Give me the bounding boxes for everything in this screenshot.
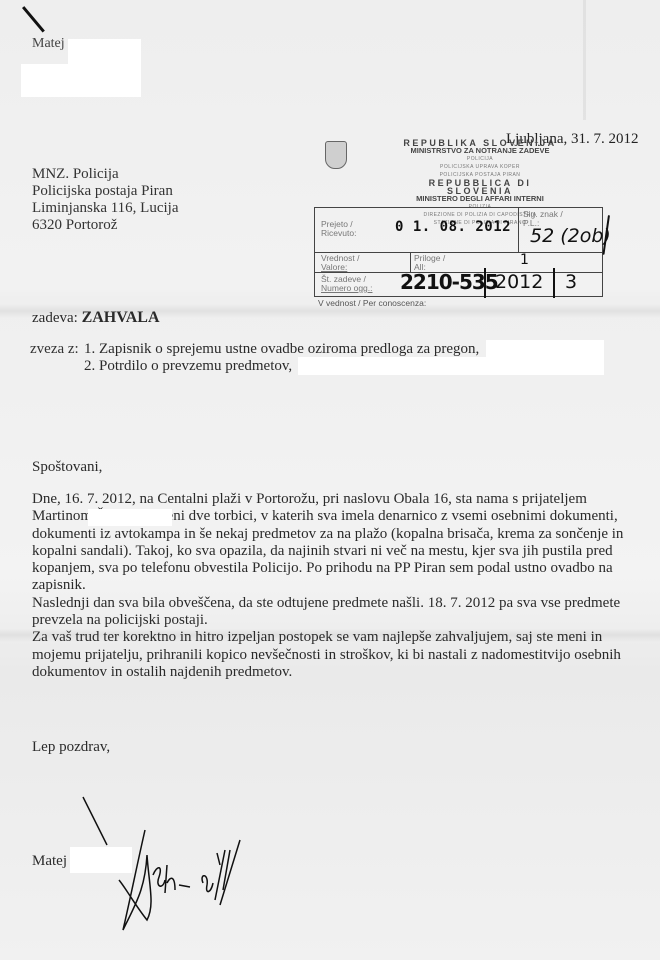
for-knowledge-label: V vednost / Per conoscenza: (318, 298, 426, 308)
paragraph: Za vaš trud ter korektno in hitro izpelj… (32, 629, 632, 681)
recipient-line: Policijska postaja Piran (32, 183, 179, 200)
closing: Lep pozdrav, (32, 739, 110, 756)
paragraph: Dne, 16. 7. 2012, na Centalni plaži v Po… (32, 491, 632, 595)
redaction-box (298, 357, 604, 375)
redaction-box (486, 340, 604, 358)
subject-title: ZAHVALA (82, 309, 160, 326)
redaction-box (88, 509, 172, 526)
scanned-letter-page: Matej Ljubljana, 31. 7. 2012 MNZ. Polici… (0, 0, 660, 960)
recipient-line: Liminjanska 116, Lucija (32, 200, 179, 217)
recipient-line: MNZ. Policija (32, 166, 179, 183)
greeting: Spoštovani, (32, 459, 102, 476)
pen-mark (22, 6, 44, 32)
stamp-line: MINISTRSTVO ZA NOTRANJE ZADEVE (400, 147, 560, 155)
stamp-line: POLICIJA (400, 155, 560, 163)
recipient-line: 6320 Portorož (32, 217, 179, 234)
reference-item: 1. Zapisnik o sprejemu ustne ovadbe ozir… (84, 341, 479, 358)
reference-item: 2. Potrdilo o prevzemu predmetov, (84, 358, 292, 375)
stamp-line: MINISTERO DEGLI AFFARI INTERNI (400, 195, 560, 203)
redaction-box (68, 39, 141, 65)
pen-mark (553, 268, 555, 298)
case-seq-handwritten: 3 (565, 271, 577, 293)
signer-name: Matej (32, 853, 67, 870)
subject-line: zadeva: ZAHVALA (32, 309, 160, 327)
case-year-handwritten: 2012 (495, 271, 543, 293)
stamp-line: REPUBBLICA DI SLOVENIA (400, 179, 560, 195)
value-label: Vrednost /Valore: (321, 254, 359, 272)
subject-label: zadeva: (32, 310, 78, 326)
case-label: Št. zadeve /Numero ogg.: (321, 275, 373, 293)
paper-fold (583, 0, 586, 120)
paragraph: Naslednji dan sva bila obveščena, da ste… (32, 595, 632, 630)
attachments-handwritten: 1 (520, 252, 529, 268)
redaction-box (21, 64, 141, 97)
recipient-address: MNZ. Policija Policijska postaja Piran L… (32, 166, 179, 234)
signature-icon (75, 795, 275, 940)
received-label: Prejeto /Ricevuto: (321, 220, 356, 238)
received-date: 0 1. 08. 2012 (395, 219, 511, 235)
sender-name: Matej (32, 36, 65, 52)
stamp-line: POLICIJSKA UPRAVA KOPER (400, 163, 560, 171)
sign-value-handwritten: 52 (2ob) (530, 225, 611, 247)
coat-of-arms-icon (325, 141, 347, 169)
pen-mark (484, 268, 486, 298)
reference-label: zveza z: (30, 341, 79, 358)
